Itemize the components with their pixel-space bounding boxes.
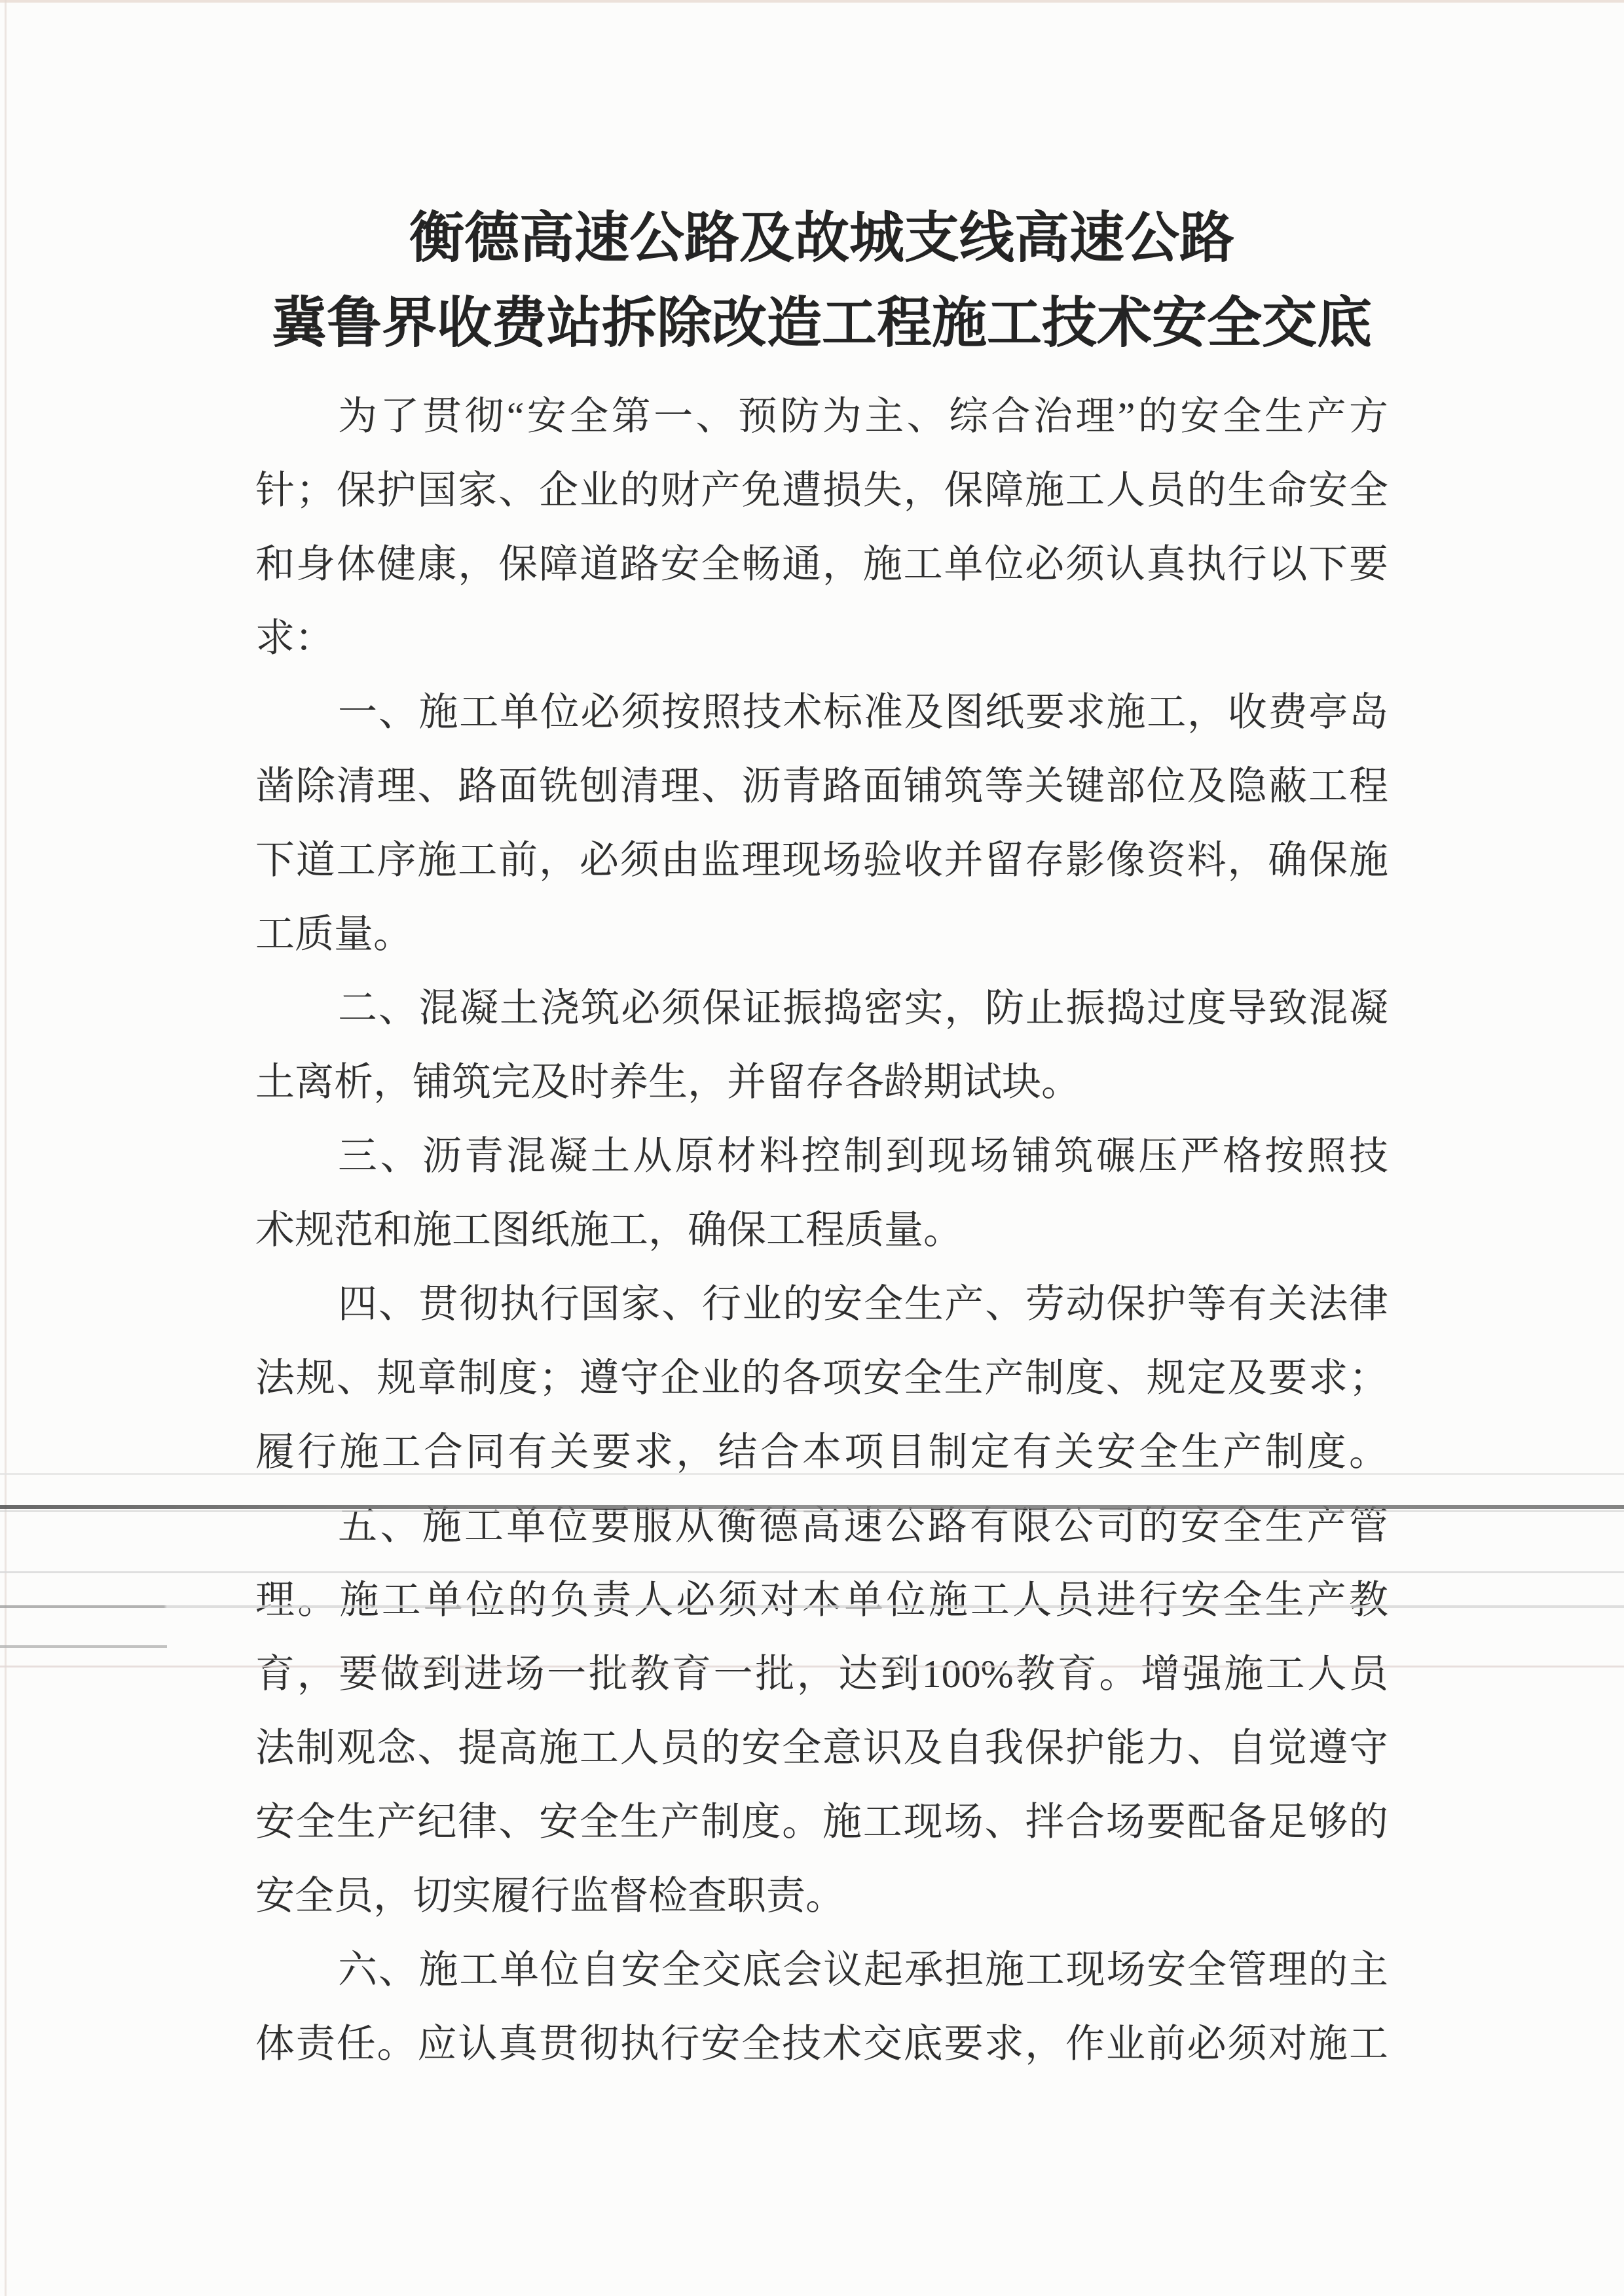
body-line: 求： [255, 602, 1388, 676]
scan-streak [0, 1645, 167, 1648]
body-line: 和身体健康，保障道路安全畅通，施工单位必须认真执行以下要 [255, 528, 1388, 602]
scanned-page: 衡德高速公路及故城支线高速公路 冀鲁界收费站拆除改造工程施工技术安全交底 为了贯… [0, 0, 1624, 2296]
body-line: 育，要做到进场一批教育一批，达到100%教育。增强施工人员 [255, 1637, 1388, 1711]
body-line: 法规、规章制度；遵守企业的各项安全生产制度、规定及要求； [255, 1341, 1388, 1415]
body-line: 土离析，铺筑完及时养生，并留存各龄期试块。 [255, 1046, 1388, 1120]
document-title-line-1: 衡德高速公路及故城支线高速公路 [255, 196, 1388, 282]
body-line: 为了贯彻“安全第一、预防为主、综合治理”的安全生产方 [255, 380, 1388, 454]
body-line: 四、贯彻执行国家、行业的安全生产、劳动保护等有关法律 [255, 1267, 1388, 1341]
body-line: 针；保护国家、企业的财产免遭损失，保障施工人员的生命安全 [255, 454, 1388, 528]
body-line: 六、施工单位自安全交底会议起承担施工现场安全管理的主 [255, 1933, 1388, 2007]
body-line: 一、施工单位必须按照技术标准及图纸要求施工，收费亭岛 [255, 676, 1388, 750]
body-line: 法制观念、提高施工人员的安全意识及自我保护能力、自觉遵守 [255, 1711, 1388, 1785]
document-body: 为了贯彻“安全第一、预防为主、综合治理”的安全生产方 针；保护国家、企业的财产免… [255, 380, 1388, 2081]
body-line: 体责任。应认真贯彻执行安全技术交底要求，作业前必须对施工 [255, 2007, 1388, 2081]
body-line: 术规范和施工图纸施工，确保工程质量。 [255, 1194, 1388, 1267]
document-title-line-2: 冀鲁界收费站拆除改造工程施工技术安全交底 [255, 282, 1388, 367]
body-line: 凿除清理、路面铣刨清理、沥青路面铺筑等关键部位及隐蔽工程 [255, 750, 1388, 824]
body-line: 安全生产纪律、安全生产制度。施工现场、拌合场要配备足够的 [255, 1785, 1388, 1859]
body-line: 三、沥青混凝土从原材料控制到现场铺筑碾压严格按照技 [255, 1120, 1388, 1194]
body-line: 履行施工合同有关要求，结合本项目制定有关安全生产制度。 [255, 1415, 1388, 1489]
body-line: 安全员，切实履行监督检查职责。 [255, 1859, 1388, 1933]
scan-top-edge-line [0, 0, 1624, 3]
body-line: 二、混凝土浇筑必须保证振捣密实，防止振捣过度导致混凝 [255, 972, 1388, 1046]
body-line: 工质量。 [255, 898, 1388, 972]
body-line: 下道工序施工前，必须由监理现场验收并留存影像资料，确保施 [255, 824, 1388, 898]
body-line: 五、施工单位要服从衡德高速公路有限公司的安全生产管 [255, 1489, 1388, 1563]
scan-left-edge-line [5, 0, 7, 2296]
document-title: 衡德高速公路及故城支线高速公路 冀鲁界收费站拆除改造工程施工技术安全交底 [255, 196, 1388, 367]
body-line: 理。施工单位的负责人必须对本单位施工人员进行安全生产教 [255, 1563, 1388, 1637]
